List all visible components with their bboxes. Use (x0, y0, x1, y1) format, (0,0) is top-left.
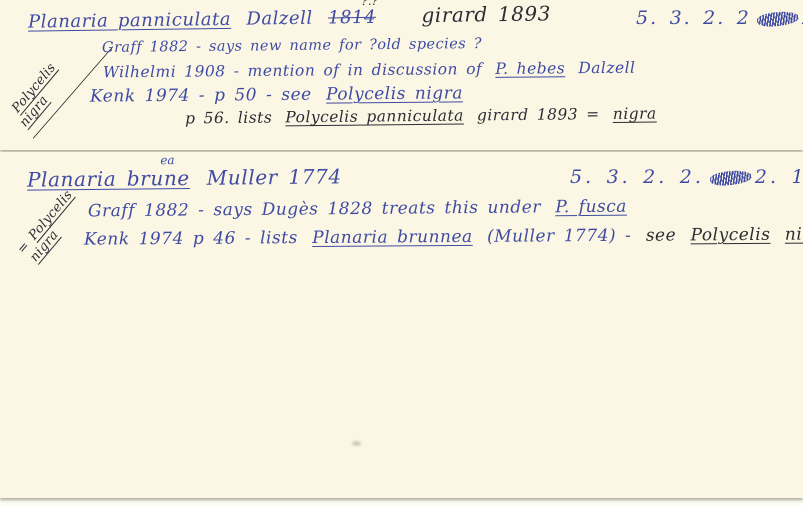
p56-species: Polycelis panniculata (285, 107, 464, 127)
superscript-query: ?.? (361, 0, 378, 8)
p56-mid: girard 1893 = (477, 105, 600, 124)
card1-kenk-line: Kenk 1974 - p 50 - see Polycelis nigra (90, 83, 463, 106)
card2-graff-line: Graff 1882 - says Dugès 1828 treats this… (88, 197, 627, 222)
p56-species2: nigra (613, 105, 657, 123)
card2-title-line: Planaria brune ea Muller 1774 (27, 164, 342, 191)
card1-wilhelmi-line: Wilhelmi 1908 - mention of in discussion… (103, 59, 636, 82)
kenk-mid: (Muller 1774) - (487, 226, 631, 247)
author-name: Muller 1774 (207, 164, 342, 189)
card2-catalog-code: 5. 3. 2. 2.2. 1 (570, 166, 803, 188)
kenk-text: Kenk 1974 p 46 - lists (84, 228, 298, 249)
wilhelmi-species: P. hebes (495, 59, 565, 78)
wilhelmi-text: Wilhelmi 1908 - mention of in discussion… (103, 60, 482, 81)
species-name: Planaria brune (27, 166, 190, 192)
card1-margin-note: Polycelis nigra (9, 60, 70, 125)
code-right: 2. 1 (755, 166, 803, 188)
kenk-species2: nigra (785, 224, 803, 244)
scribbled-out-number (709, 169, 752, 187)
kenk-genus: Polycelis (691, 225, 771, 246)
kenk-text: Kenk 1974 - p 50 - see (90, 85, 312, 107)
scanned-index-cards: Planaria panniculata Dalzell 1814 ?.? gi… (0, 0, 803, 506)
struck-year: 1814 (328, 7, 376, 29)
card1-p56-line: p 56. lists Polycelis panniculata girard… (185, 105, 657, 128)
graff-text: Graff 1882 - says Dugès 1828 treats this… (88, 197, 541, 221)
card2-kenk-line: Kenk 1974 p 46 - lists Planaria brunnea … (84, 224, 803, 249)
species-name: Planaria panniculata (28, 9, 231, 33)
card1-graff-line: Graff 1882 - says new name for ?old spec… (102, 36, 482, 56)
graff-species: P. fusca (555, 197, 627, 218)
superscript-correction: ea (160, 153, 174, 167)
index-card-brunnea: Planaria brune ea Muller 1774 5. 3. 2. 2… (0, 152, 803, 498)
code-left: 5. 3. 2. 2 (636, 7, 751, 29)
card2-margin-note: = Polycelis nigra (14, 188, 87, 267)
p56-text: p 56. lists (185, 109, 272, 128)
kenk-species: Planaria brunnea (312, 227, 473, 248)
revision-author: girard 1893 (421, 1, 551, 27)
index-card-panniculata: Planaria panniculata Dalzell 1814 ?.? gi… (0, 0, 803, 150)
author-name: Dalzell (246, 8, 313, 30)
kenk-species: Polycelis nigra (326, 83, 463, 104)
stray-pencil-mark (352, 441, 361, 446)
card1-title-line: Planaria panniculata Dalzell 1814 ?.? gi… (28, 1, 551, 32)
code-left: 5. 3. 2. 2. (570, 166, 704, 188)
kenk-see: see (646, 225, 677, 245)
card1-catalog-code: 5. 3. 2. 22. 1 (636, 7, 803, 29)
wilhelmi-author: Dalzell (578, 59, 635, 77)
scribbled-out-number (756, 10, 799, 28)
